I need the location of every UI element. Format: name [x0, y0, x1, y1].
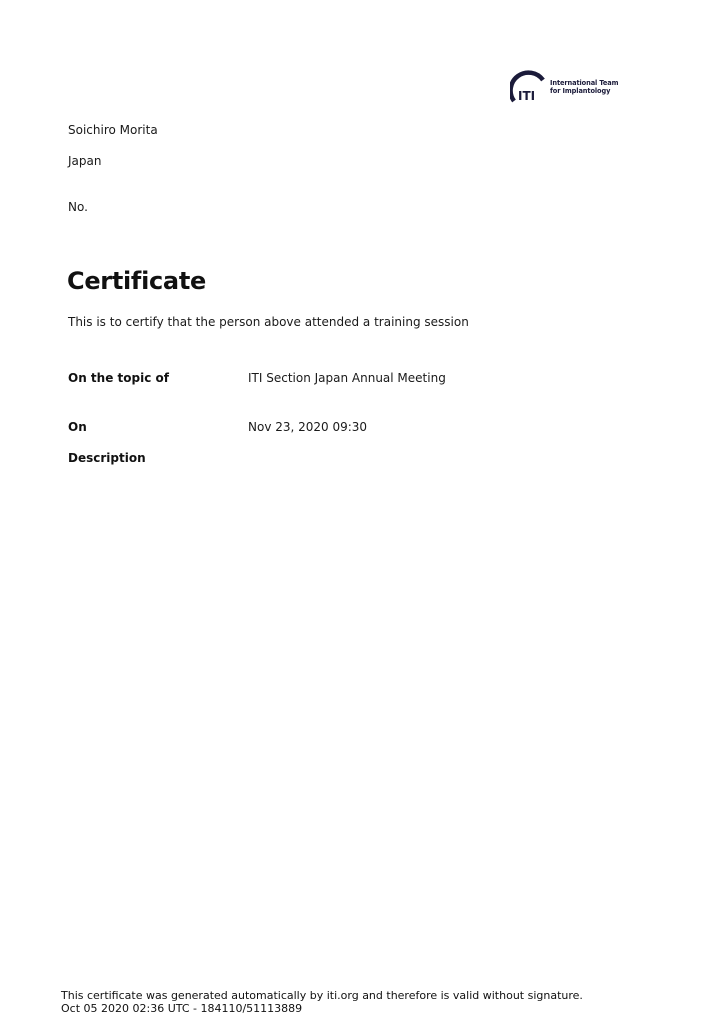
logo-line-2: for Implantology: [550, 87, 618, 96]
field-label-date: On: [68, 420, 87, 434]
svg-text:ITI: ITI: [518, 89, 535, 103]
footer-disclaimer: This certificate was generated automatic…: [61, 989, 583, 1002]
iti-logo: ITI International Team for Implantology: [510, 70, 622, 104]
iti-logo-mark-icon: ITI: [510, 70, 546, 104]
footer: This certificate was generated automatic…: [61, 989, 583, 1015]
field-label-description: Description: [68, 451, 146, 465]
field-label-topic: On the topic of: [68, 371, 169, 385]
logo-line-1: International Team: [550, 79, 618, 88]
logo-text: International Team for Implantology: [550, 79, 618, 96]
footer-timestamp: Oct 05 2020 02:36 UTC - 184110/51113889: [61, 1002, 583, 1015]
certificate-number-label: No.: [68, 200, 88, 214]
certificate-title: Certificate: [67, 267, 206, 295]
certificate-intro: This is to certify that the person above…: [68, 315, 469, 329]
recipient-country: Japan: [68, 154, 101, 168]
field-value-date: Nov 23, 2020 09:30: [248, 420, 367, 434]
recipient-name: Soichiro Morita: [68, 123, 158, 137]
field-value-topic: ITI Section Japan Annual Meeting: [248, 371, 446, 385]
